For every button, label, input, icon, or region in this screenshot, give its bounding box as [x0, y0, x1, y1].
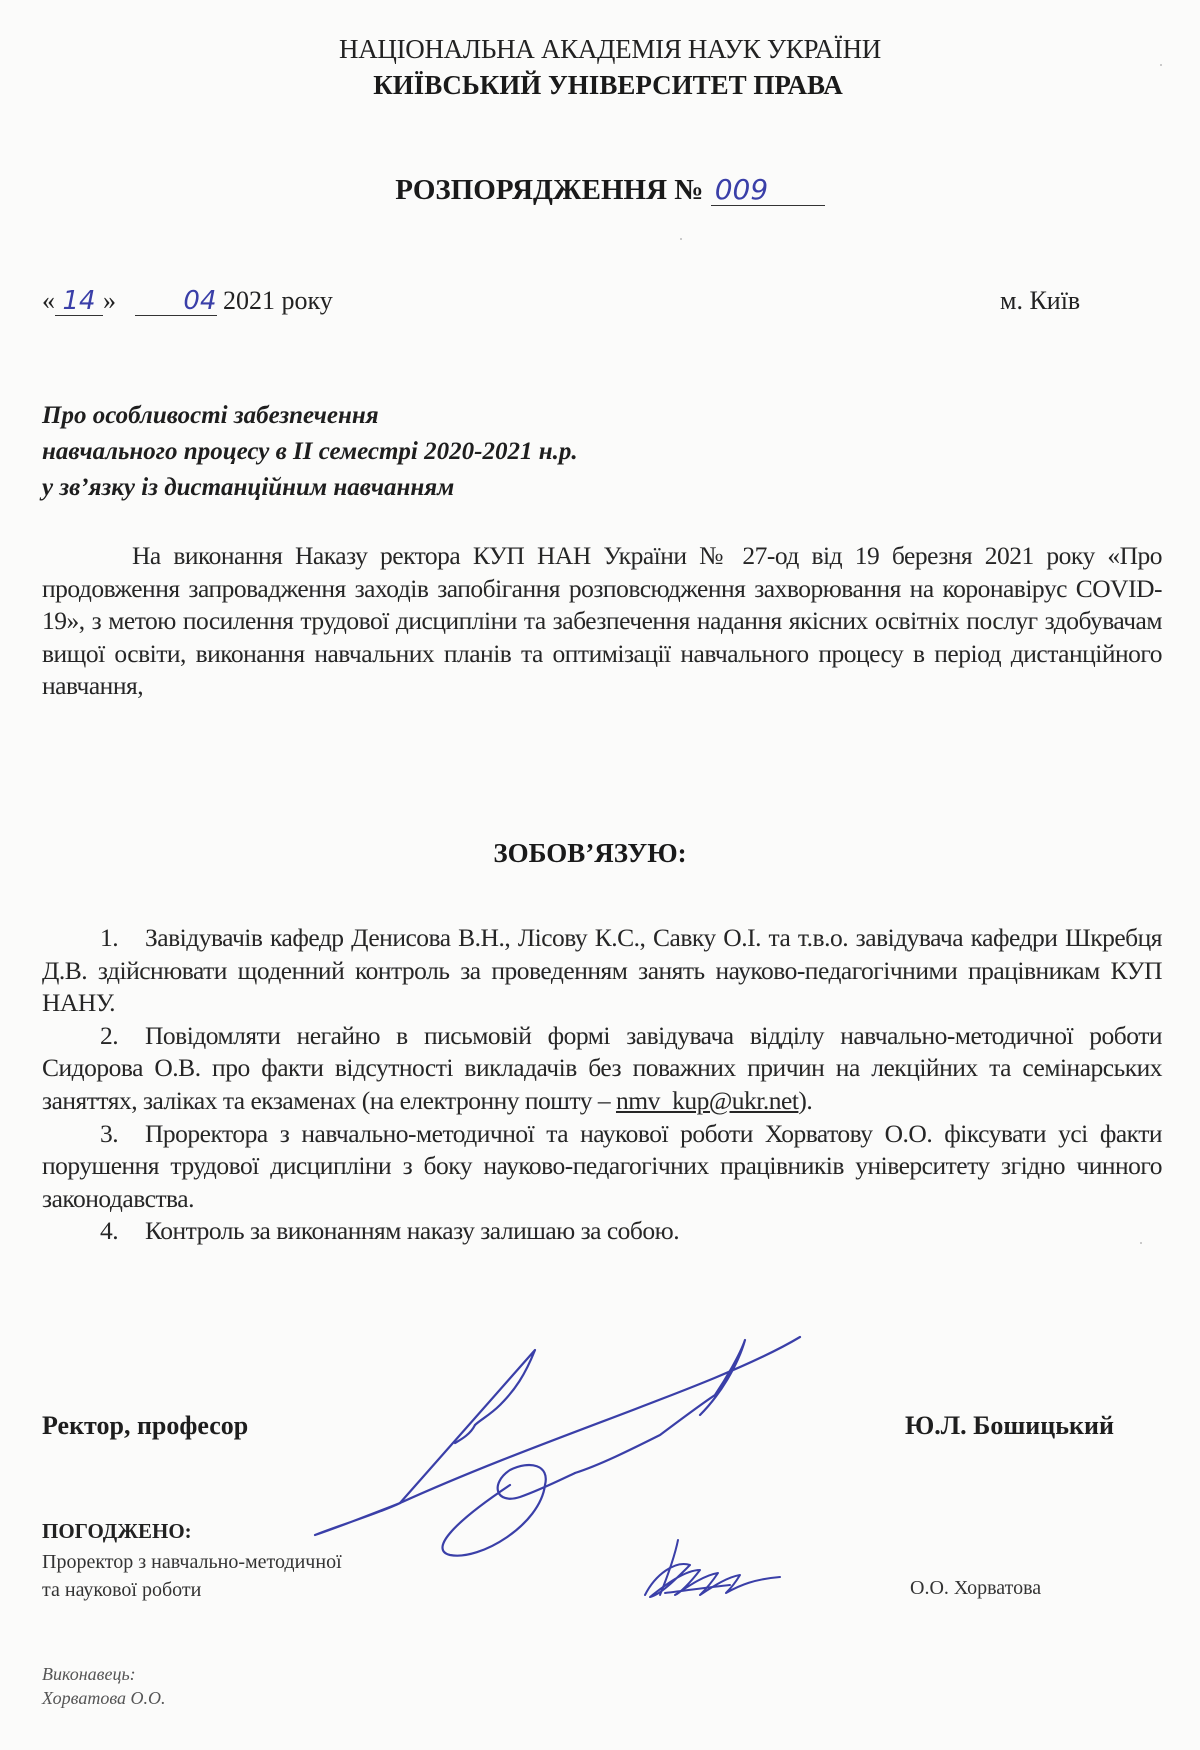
item-number: 2.: [100, 1020, 145, 1053]
date-month-handwritten: 04: [135, 287, 217, 316]
item-text: Завідувачів кафедр Денисова В.Н., Лісову…: [42, 923, 1162, 1017]
date-open-quote: «: [42, 286, 55, 315]
rector-signature-icon: [300, 1325, 940, 1570]
item-text: Контроль за виконанням наказу залишаю за…: [145, 1216, 679, 1245]
scan-speck: [1140, 1242, 1142, 1244]
scan-speck: [680, 238, 682, 240]
item-number: 1.: [100, 922, 145, 955]
order-date: «14» 04 2021 року: [42, 286, 333, 316]
email-link[interactable]: nmv_kup@ukr.net: [616, 1086, 798, 1115]
approval-label: ПОГОДЖЕНО:: [42, 1519, 192, 1544]
approval-position-line: Проректор з навчально-методичної: [42, 1548, 342, 1576]
city: м. Київ: [1000, 286, 1080, 316]
subject-line: навчального процесу в ІІ семестрі 2020-2…: [42, 434, 578, 470]
university-text: КИЇВСЬКИЙ УНІВЕРСИТЕТ ПРАВА: [373, 70, 843, 100]
signatory-position: Ректор, професор: [42, 1411, 248, 1441]
item-text-end: ).: [798, 1086, 812, 1115]
order-subject: Про особливості забезпечення навчального…: [42, 398, 578, 506]
organization-name: НАЦІОНАЛЬНА АКАДЕМІЯ НАУК УКРАЇНИ: [0, 34, 1200, 65]
item-number: 4.: [100, 1215, 145, 1248]
approval-name: О.О. Хорватова: [910, 1577, 1041, 1600]
directive-heading: ЗОБОВ’ЯЗУЮ:: [0, 838, 1200, 869]
preamble: На виконання Наказу ректора КУП НАН Укра…: [42, 540, 1162, 703]
order-number-handwritten: 009: [711, 175, 825, 206]
directive-item: 1.Завідувачів кафедр Денисова В.Н., Лісо…: [42, 922, 1162, 1020]
executor-label: Виконавець:: [42, 1662, 166, 1686]
item-text: Проректора з навчально-методичної та нау…: [42, 1119, 1162, 1213]
signatory-name: Ю.Л. Бошицький: [905, 1411, 1114, 1441]
subject-line: у зв’язку із дистанційним навчанням: [42, 470, 578, 506]
directive-heading-text: ЗОБОВ’ЯЗУЮ:: [493, 838, 686, 868]
directive-item: 4.Контроль за виконанням наказу залишаю …: [42, 1215, 1162, 1248]
preamble-text: На виконання Наказу ректора КУП НАН Укра…: [42, 540, 1162, 703]
approval-position-line: та наукової роботи: [42, 1576, 342, 1604]
university-name: КИЇВСЬКИЙ УНІВЕРСИТЕТ ПРАВА: [0, 70, 1200, 101]
subject-line: Про особливості забезпечення: [42, 398, 578, 434]
organization-text: НАЦІОНАЛЬНА АКАДЕМІЯ НАУК УКРАЇНИ: [339, 34, 881, 64]
vice-rector-signature-icon: [630, 1535, 810, 1620]
item-text: Повідомляти негайно в письмовій формі за…: [42, 1021, 1162, 1115]
order-title: РОЗПОРЯДЖЕННЯ № 009: [0, 174, 1200, 207]
date-year: 2021 року: [223, 286, 333, 315]
date-day-handwritten: 14: [55, 287, 103, 316]
order-title-text: РОЗПОРЯДЖЕННЯ №: [395, 174, 703, 206]
scan-speck: [1160, 64, 1162, 66]
executor: Виконавець: Хорватова О.О.: [42, 1662, 166, 1710]
approval-position: Проректор з навчально-методичної та наук…: [42, 1548, 342, 1604]
item-number: 3.: [100, 1118, 145, 1151]
date-close-quote: »: [103, 286, 116, 315]
directive-item: 3.Проректора з навчально-методичної та н…: [42, 1118, 1162, 1216]
directive-item: 2.Повідомляти негайно в письмовій формі …: [42, 1020, 1162, 1118]
executor-name: Хорватова О.О.: [42, 1686, 166, 1710]
directive-list: 1.Завідувачів кафедр Денисова В.Н., Лісо…: [42, 922, 1162, 1248]
